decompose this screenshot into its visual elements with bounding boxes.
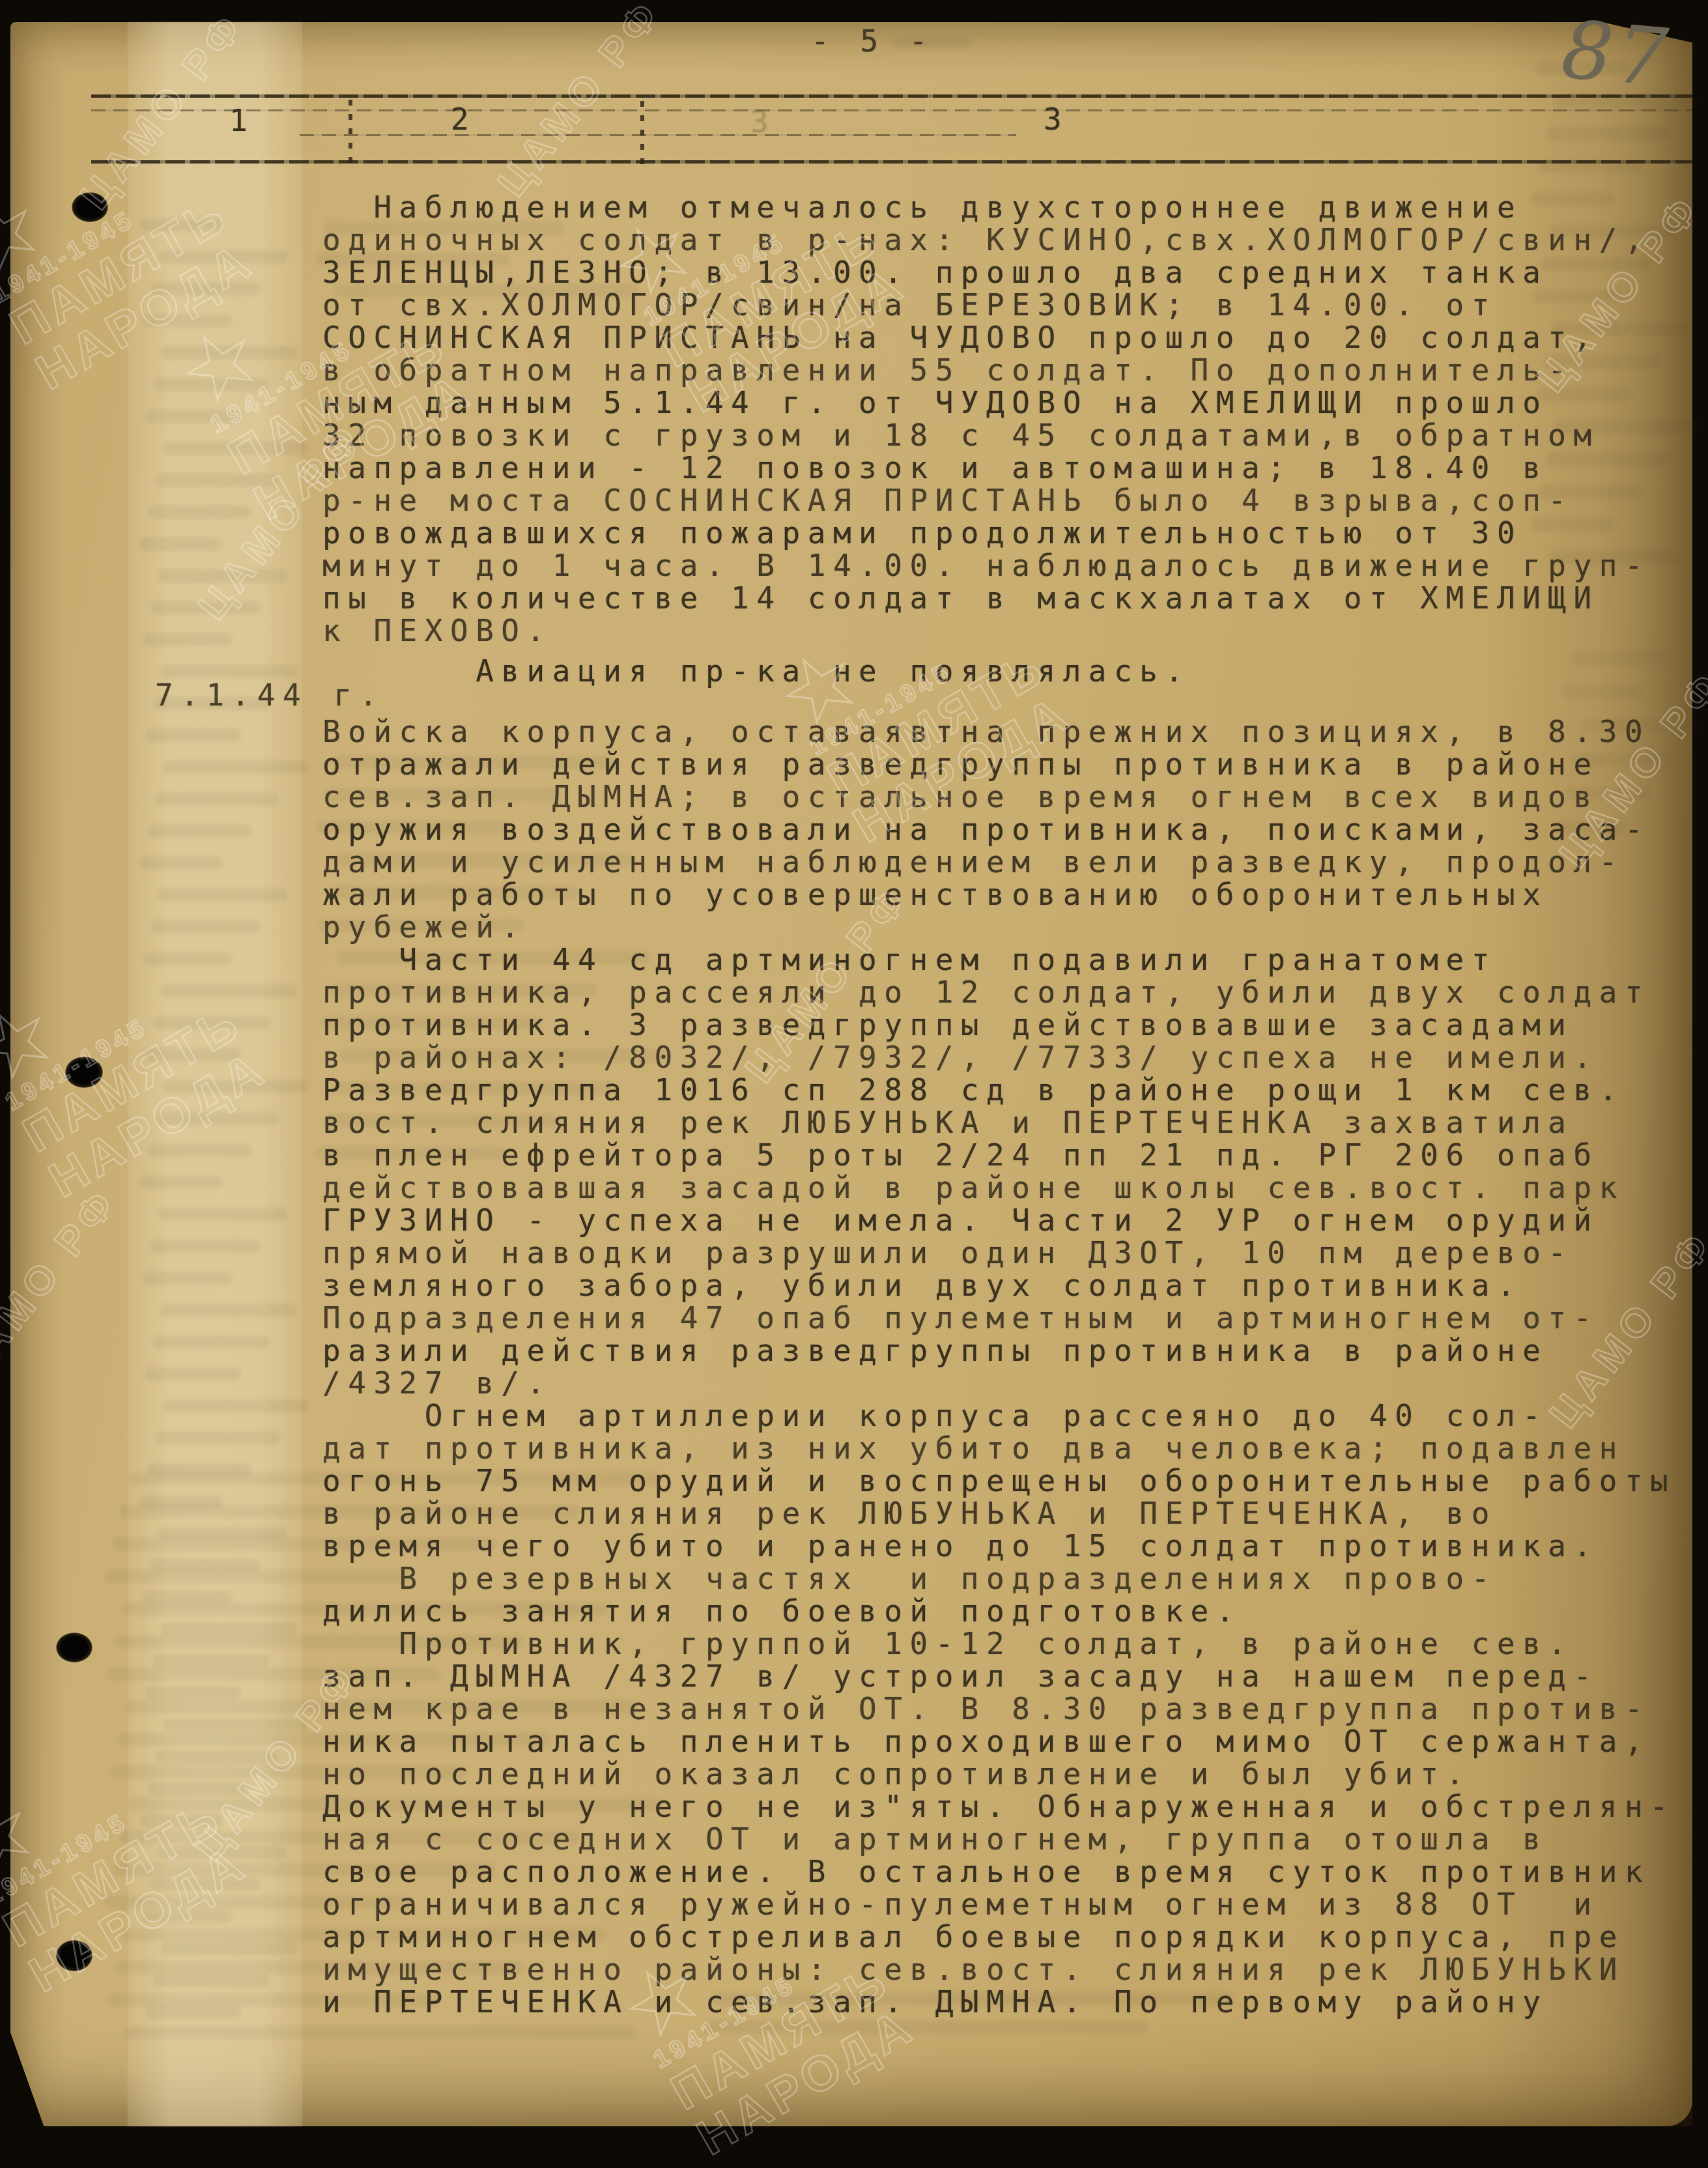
document-line: имущественно районы: сев.вост. слияния р… [322,1953,1625,1986]
document-line: Огнем артиллерии корпуса рассеяно до 40 … [322,1399,1548,1432]
document-line: противника. 3 разведгруппы действовавшие… [322,1008,1574,1041]
table-rule-top-thin [91,109,1692,111]
document-line: ная с соседних ОТ и артминогнем, группа … [322,1823,1548,1855]
document-line: В резервных частях и подразделениях пров… [322,1562,1497,1595]
document-line: направлении - 12 повозок и автомашина; в… [322,451,1548,484]
table-rule-top [91,94,1692,98]
document-line: Войска корпуса, оставаявтна прежних пози… [322,715,1650,748]
document-line: одиночных солдат в р-нах: КУСИНО,свх.ХОЛ… [322,223,1650,256]
column-header-2: 2 [451,102,469,137]
document-line: пы в количестве 14 солдат в маскхалатах … [322,582,1599,614]
document-line: прямой наводки разрушили один ДЗОТ, 10 п… [322,1236,1574,1269]
column-header-1: 1 [229,103,248,138]
document-line: время чего убито и ранено до 15 солдат п… [322,1530,1599,1562]
document-line: ным данным 5.1.44 г. от ЧУДОВО на ХМЕЛИЩ… [322,386,1548,419]
document-line: СОСНИНСКАЯ ПРИСТАНЬ на ЧУДОВО прошло до … [322,321,1599,354]
document-line: и ПЕРТЕЧЕНКА и сев.зап. ДЫМНА. По первом… [322,1986,1548,2018]
document-line: зап. ДЫМНА /4327 в/ устроил засаду на на… [322,1660,1599,1692]
table-rule-bottom [91,160,1692,164]
document-line: ограничивался ружейно-пулеметным огнем и… [322,1888,1599,1920]
document-line: ЗЕЛЕНЦЫ,ЛЕЗНО; в 13.00. прошло два средн… [322,256,1548,289]
document-line: действовавшая засадой в районе школы сев… [322,1171,1625,1204]
document-line: нем крае в незанятой ОТ. В 8.30 разведгр… [322,1692,1650,1725]
document-line: жали работы по усовершенствованию оборон… [322,878,1548,911]
page-number-typed: - 5 - [811,23,933,59]
document-line: вост. слияния рек ЛЮБУНЬКА и ПЕРТЕЧЕНКА … [322,1106,1574,1139]
document-line: дат противника, из них убито два человек… [322,1432,1625,1464]
document-line: Документы у него не из"яты. Обнаруженная… [322,1790,1675,1823]
document-line: дились занятия по боевой подготовке. [322,1595,1242,1627]
document-line: 32 повозки с грузом и 18 с 45 солдатами,… [322,419,1599,451]
punch-hole [65,1057,103,1088]
document-line: р-не моста СОСНИНСКАЯ ПРИСТАНЬ было 4 вз… [322,484,1574,517]
document-line: минут до 1 часа. В 14.00. наблюдалось дв… [322,549,1650,582]
document-line: земляного забора, убили двух солдат прот… [322,1269,1522,1302]
page-number-handwritten: 87 [1558,3,1675,105]
document-line: от свх.ХОЛМОГОР/свин/на БЕРЕЗОВИК; в 14.… [322,289,1497,321]
document-line: артминогнем обстреливал боевые порядки к… [322,1920,1625,1953]
punch-hole [72,192,108,222]
binding-tape-strip [128,22,302,2126]
document-line: Авиация пр-ка не появлялась. [322,655,1191,687]
scanned-document-page: - 5 - 87 1 2 3 3 7.1.44 г. Наблюдением о… [0,0,1708,2168]
document-line: Части 44 сд артминогнем подавили гранато… [322,943,1497,976]
document-line: Противник, группой 10-12 солдат, в район… [322,1627,1574,1660]
document-line: ника пыталась пленить проходившего мимо … [322,1725,1650,1758]
document-line: Подразделения 47 опаб пулеметным и артми… [322,1302,1599,1334]
document-line: в обратном направлении 55 солдат. По доп… [322,354,1574,386]
document-line: сев.зап. ДЫМНА; в остальное время огнем … [322,780,1599,813]
column-header-3: 3 [1044,102,1062,137]
document-line: ровождавшихся пожарами продолжительность… [322,517,1522,549]
document-line: Наблюдением отмечалось двухстороннее дви… [322,191,1522,223]
document-line: в плен ефрейтора 5 роты 2/24 пп 21 пд. Р… [322,1139,1599,1171]
document-line: отражали действия разведгруппы противник… [322,748,1599,780]
document-line: дами и усиленным наблюдением вели развед… [322,846,1625,878]
punch-hole [56,1633,93,1662]
document-line: /4327 в/. [322,1367,552,1399]
document-line: но последний оказал сопротивление и был … [322,1758,1472,1790]
document-line: огонь 75 мм орудий и воспрещены оборонит… [322,1464,1675,1497]
table-rule-mid-thin [300,134,1016,136]
punch-hole [56,1940,93,1971]
document-line: в районе слияния рек ЛЮБУНЬКА и ПЕРТЕЧЕН… [322,1497,1497,1530]
document-line: к ПЕХОВО. [322,614,552,647]
document-line: разили действия разведгруппы противника … [322,1334,1548,1367]
document-line: Разведгруппа 1016 сп 288 сд в районе рощ… [322,1074,1625,1106]
document-line: противника, рассеяли до 12 солдат, убили… [322,976,1650,1008]
document-line: свое расположение. В остальное время сут… [322,1855,1650,1888]
document-line: рубежей. [322,911,527,943]
document-line: оружия воздействовали на противника, пои… [322,813,1650,846]
document-line: ГРУЗИНО - успеха не имела. Части 2 УР ог… [322,1204,1599,1236]
document-line: в районах: /8032/, /7932/, /7733/ успеха… [322,1041,1599,1074]
column-header-ghost: 3 [750,104,769,139]
column-separator-dotted [640,98,644,164]
column-separator-dotted [349,98,352,163]
